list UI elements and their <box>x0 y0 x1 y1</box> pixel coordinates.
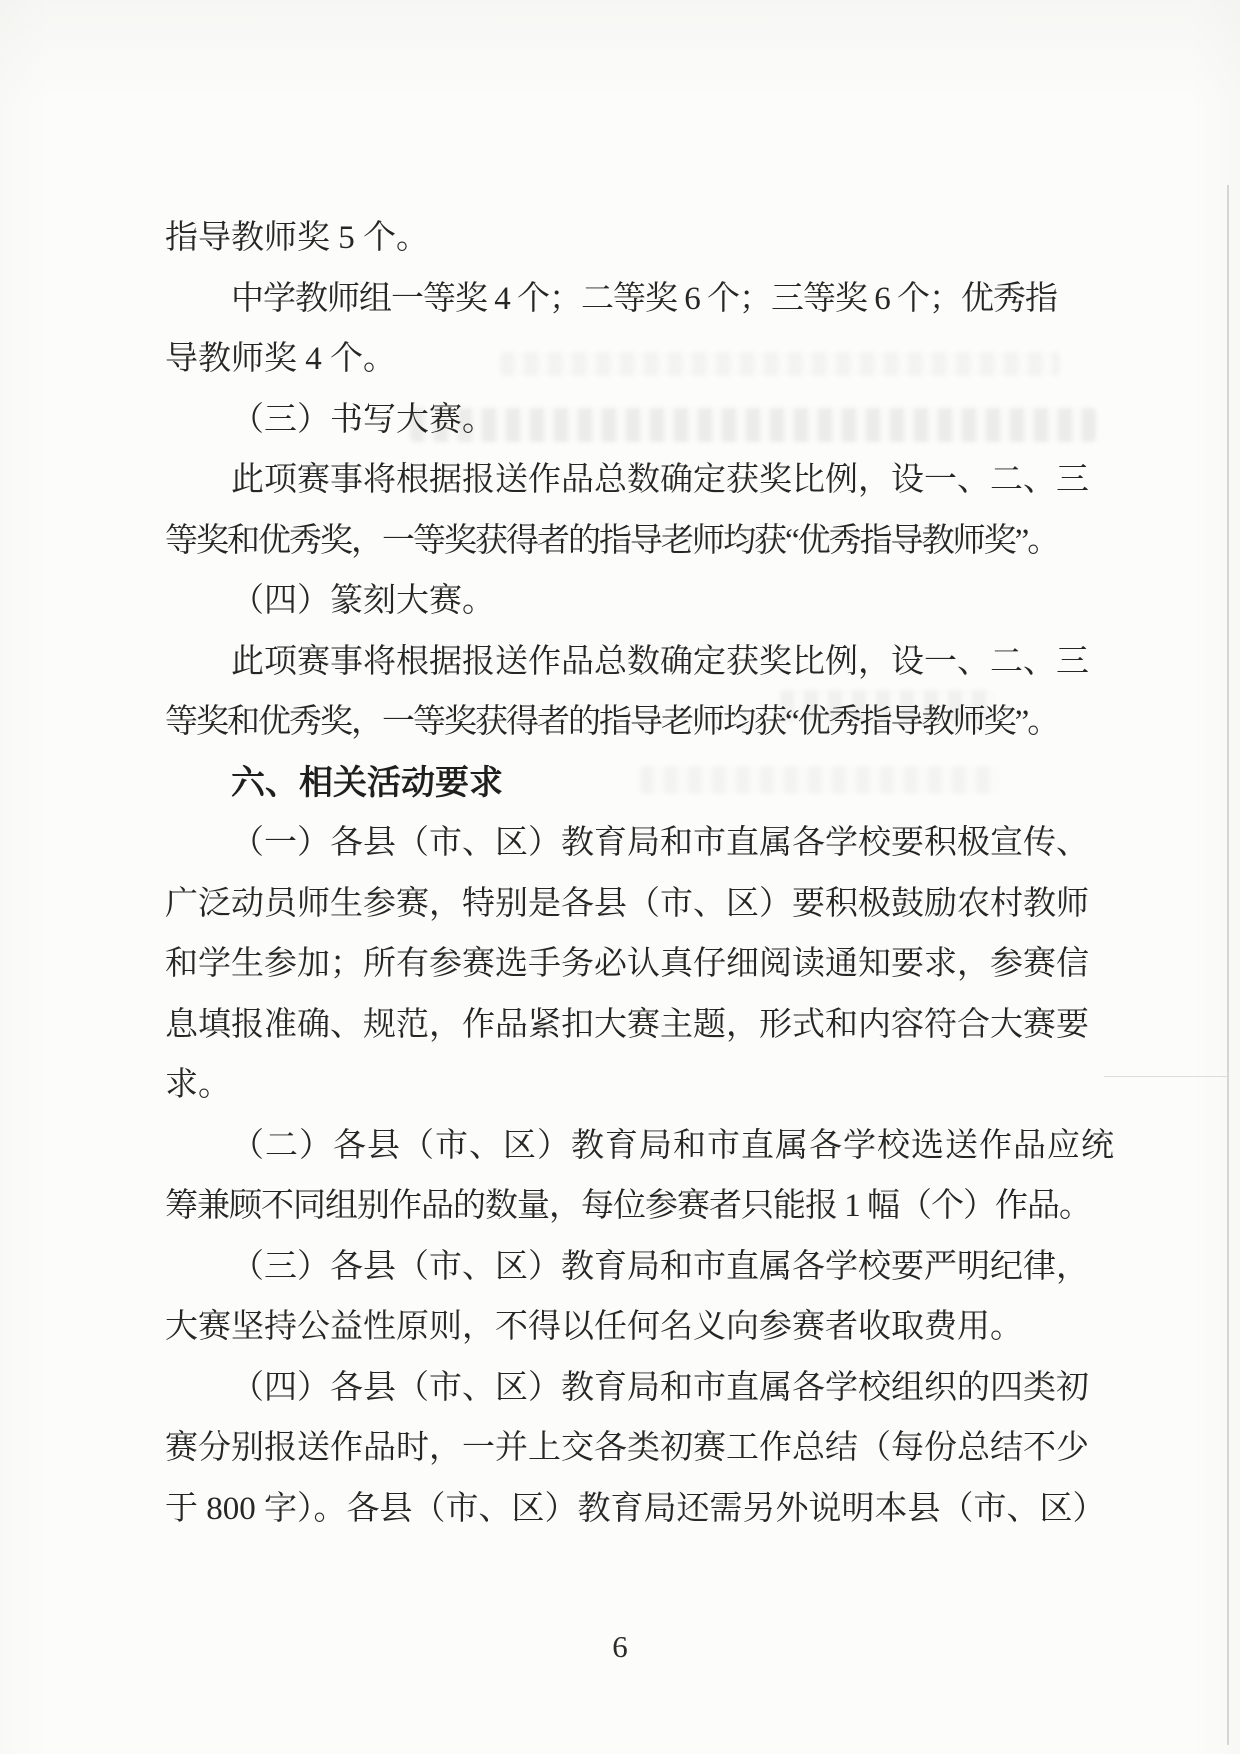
text-line: 此项赛事将根据报送作品总数确定获奖比例，设一、二、三 <box>165 450 1095 511</box>
text-line: 广泛动员师生参赛，特别是各县（市、区）要积极鼓励农村教师 <box>165 874 1095 935</box>
text-line: 中学教师组一等奖 4 个；二等奖 6 个；三等奖 6 个；优秀指 <box>165 269 1095 330</box>
text-line: 等奖和优秀奖，一等奖获得者的指导老师均获“优秀指导教师奖”。 <box>165 511 1095 572</box>
text-line: 指导教师奖 5 个。 <box>165 208 1095 269</box>
page-number: 6 <box>0 1629 1240 1665</box>
text-line: 等奖和优秀奖，一等奖获得者的指导老师均获“优秀指导教师奖”。 <box>165 692 1095 753</box>
text-line: （二）各县（市、区）教育局和市直属各学校选送作品应统 <box>165 1116 1095 1177</box>
text-line: （一）各县（市、区）教育局和市直属各学校要积极宣传、 <box>165 813 1095 874</box>
scan-edge-line <box>1227 185 1229 1745</box>
text-line: （四）篆刻大赛。 <box>165 571 1095 632</box>
text-line: 息填报准确、规范，作品紧扣大赛主题，形式和内容符合大赛要 <box>165 995 1095 1056</box>
text-line: 筹兼顾不同组别作品的数量，每位参赛者只能报 1 幅（个）作品。 <box>165 1176 1095 1237</box>
text-line: （三）书写大赛。 <box>165 390 1095 451</box>
document-body-text: 指导教师奖 5 个。中学教师组一等奖 4 个；二等奖 6 个；三等奖 6 个；优… <box>165 208 1095 1539</box>
text-line: 导教师奖 4 个。 <box>165 329 1095 390</box>
text-line: 大赛坚持公益性原则，不得以任何名义向参赛者收取费用。 <box>165 1297 1095 1358</box>
section-heading: 六、相关活动要求 <box>165 753 1095 814</box>
text-line: 赛分别报送作品时，一并上交各类初赛工作总结（每份总结不少 <box>165 1418 1095 1479</box>
text-line: 求。 <box>165 1055 1095 1116</box>
text-line: 此项赛事将根据报送作品总数确定获奖比例，设一、二、三 <box>165 632 1095 693</box>
document-page: 指导教师奖 5 个。中学教师组一等奖 4 个；二等奖 6 个；三等奖 6 个；优… <box>0 0 1240 1754</box>
text-line: （四）各县（市、区）教育局和市直属各学校组织的四类初 <box>165 1358 1095 1419</box>
scan-edge-tick <box>1104 1076 1228 1077</box>
text-line: （三）各县（市、区）教育局和市直属各学校要严明纪律， <box>165 1237 1095 1298</box>
text-line: 于 800 字）。各县（市、区）教育局还需另外说明本县（市、区） <box>165 1479 1095 1540</box>
text-line: 和学生参加；所有参赛选手务必认真仔细阅读通知要求，参赛信 <box>165 934 1095 995</box>
